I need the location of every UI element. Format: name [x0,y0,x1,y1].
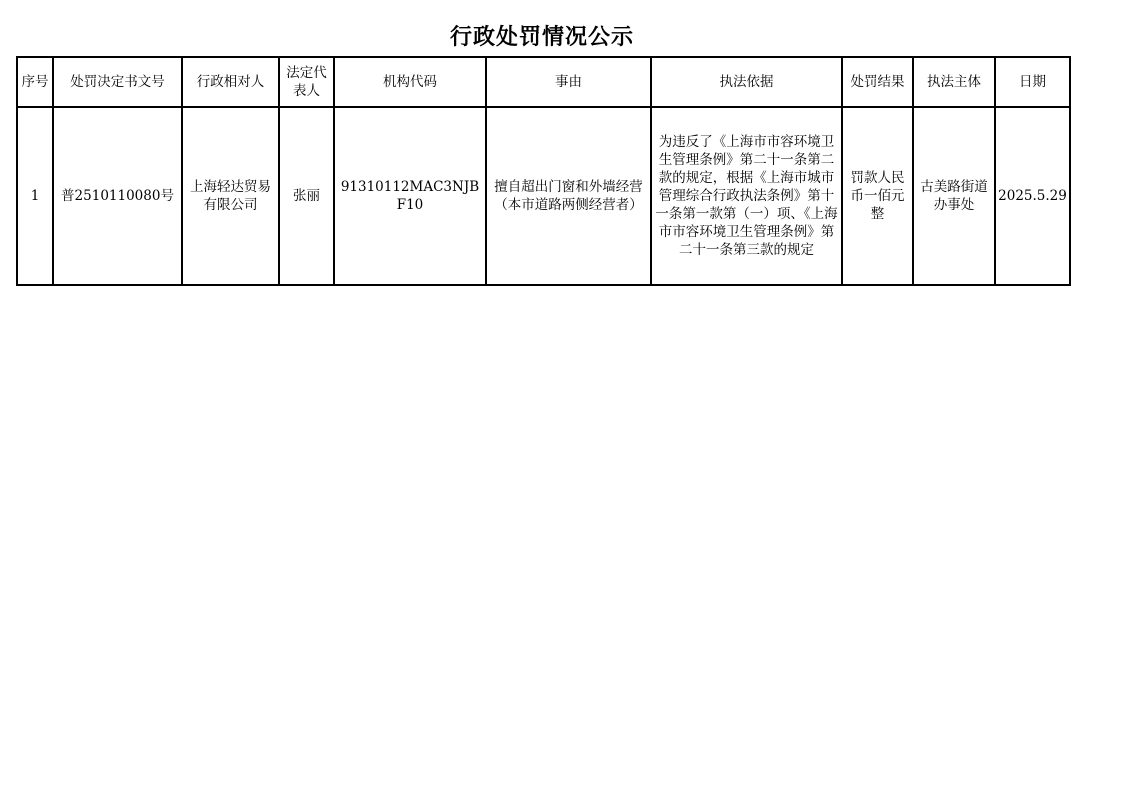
header-org-code: 机构代码 [334,57,486,107]
header-legal-basis: 执法依据 [651,57,842,107]
page-title: 行政处罚情况公示 [0,20,1084,51]
header-result: 处罚结果 [842,57,913,107]
header-reason: 事由 [486,57,651,107]
cell-decision-no: 普2510110080号 [53,107,182,285]
header-decision-no: 处罚决定书文号 [53,57,182,107]
header-seq: 序号 [17,57,53,107]
header-date: 日期 [995,57,1070,107]
table-row: 1 普2510110080号 上海轻达贸易有限公司 张丽 91310112MAC… [17,107,1070,285]
cell-date: 2025.5.29 [995,107,1070,285]
cell-authority: 古美路街道办事处 [913,107,995,285]
cell-seq: 1 [17,107,53,285]
cell-org-code: 91310112MAC3NJBF10 [334,107,486,285]
header-row: 序号 处罚决定书文号 行政相对人 法定代表人 机构代码 事由 执法依据 处罚结果… [17,57,1070,107]
cell-reason: 擅自超出门窗和外墙经营（本市道路两侧经营者） [486,107,651,285]
cell-legal-basis: 为违反了《上海市市容环境卫生管理条例》第二十一条第二款的规定，根据《上海市城市管… [651,107,842,285]
cell-result: 罚款人民币一佰元整 [842,107,913,285]
header-party: 行政相对人 [182,57,279,107]
cell-party: 上海轻达贸易有限公司 [182,107,279,285]
penalty-table: 序号 处罚决定书文号 行政相对人 法定代表人 机构代码 事由 执法依据 处罚结果… [16,56,1071,286]
header-legal-rep: 法定代表人 [279,57,334,107]
cell-legal-rep: 张丽 [279,107,334,285]
header-authority: 执法主体 [913,57,995,107]
